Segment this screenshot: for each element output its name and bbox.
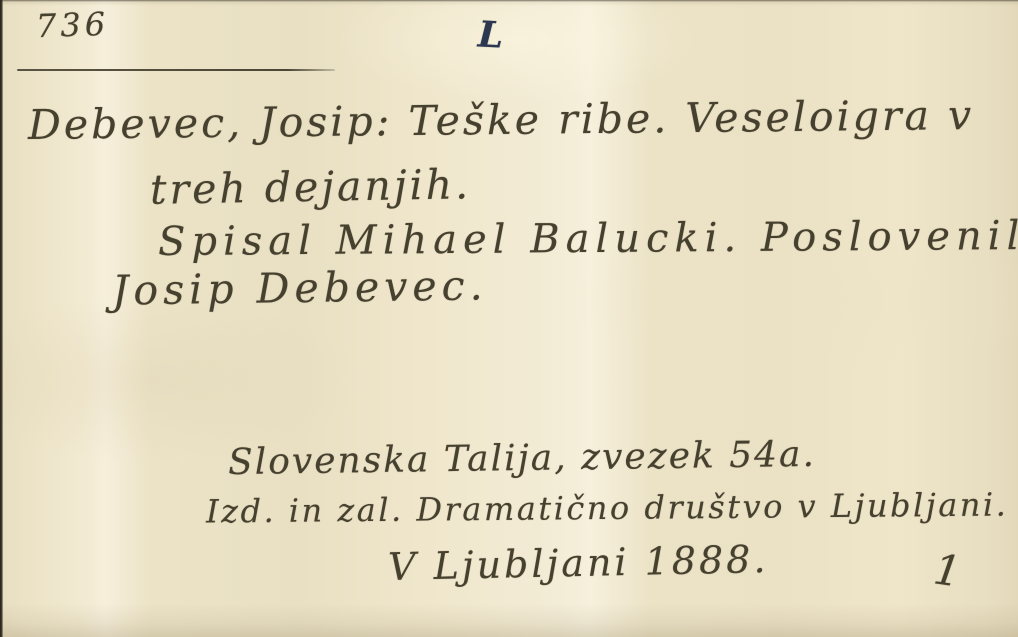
page-number: 1 bbox=[931, 544, 964, 596]
title-line-2: treh dejanjih. bbox=[150, 160, 472, 214]
publication-line-place-year: V Ljubljani 1888. bbox=[388, 537, 769, 589]
title-line-3: Spisal Mihael Balucki. Poslovenil bbox=[158, 213, 1018, 265]
card-number: 736 bbox=[35, 5, 109, 46]
category-letter: L bbox=[477, 13, 504, 56]
scan-edge-left bbox=[0, 0, 3, 637]
title-line-1: Debevec, Josip: Teške ribe. Veseloigra v bbox=[28, 91, 975, 149]
catalog-card-scan: 736 L Debevec, Josip: Teške ribe. Veselo… bbox=[0, 0, 1018, 637]
header-rule bbox=[17, 69, 335, 71]
title-line-4: Josip Debevec. bbox=[112, 261, 488, 314]
publication-line-series: Slovenska Talija, zvezek 54a. bbox=[228, 434, 816, 483]
scan-edge-top bbox=[0, 0, 1018, 2]
publication-line-publisher: Izd. in zal. Dramatično društvo v Ljublj… bbox=[206, 485, 1009, 530]
